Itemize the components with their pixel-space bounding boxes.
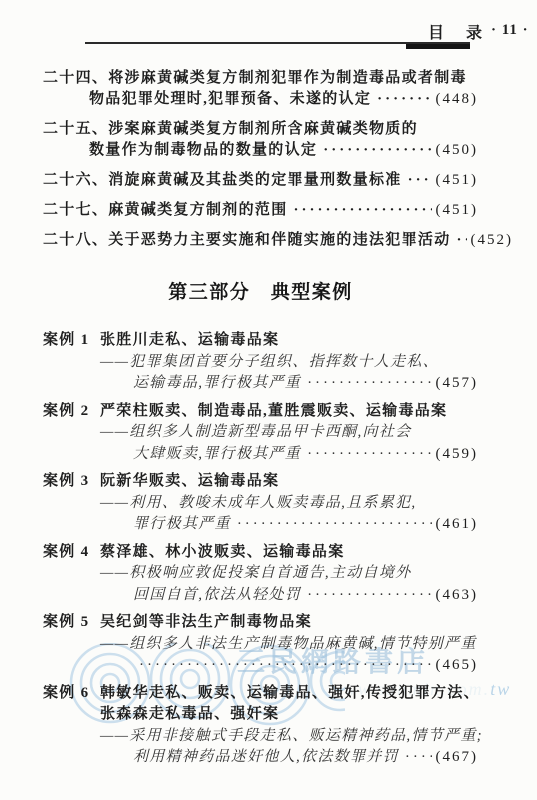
page-number: (467) (436, 747, 479, 769)
toc-item-27: 二十七、麻黄碱类复方制剂的范围 ························… (43, 200, 478, 221)
case-entry-6: 案例 6韩敏华走私、贩卖、运输毒品、强奸,传授犯罪方法、 张森森走私毒品、强奸案… (43, 683, 478, 769)
toc-item-text: 消旋麻黄碱及其盐类的定罪量刑数量标准 (108, 170, 401, 191)
dot-leader: ········································… (307, 444, 431, 466)
header-page-number: · 11 · (491, 22, 529, 39)
toc-item-number: 二十七、 (43, 200, 108, 221)
dot-leader: ········································… (405, 747, 432, 769)
case-title-line: 案例 3阮新华贩卖、运输毒品案 (43, 471, 478, 493)
case-title: 严荣柱贩卖、制造毒品,董胜震贩卖、运输毒品案 (100, 401, 447, 423)
case-desc-line: 利用精神药品迷奸他人,依法数罪并罚 ······················… (133, 747, 478, 769)
case-list: 案例 1张胜川走私、运输毒品案 ——犯罪集团首要分子组织、指挥数十人走私、 运输… (43, 330, 478, 769)
case-title-line: 案例 5吴纪剑等非法生产制毒物品案 (43, 612, 478, 634)
toc-list: 二十四、将涉麻黄碱类复方制剂犯罪作为制造毒品或者制毒 物品犯罪处理时,犯罪预备、… (43, 68, 478, 251)
book-toc-page: 三民網路書店 www.sanmin.com.tw 目 录 · 11 · 二十四、… (0, 0, 537, 800)
case-number: 案例 1 (43, 330, 100, 352)
case-title: 阮新华贩卖、运输毒品案 (100, 471, 279, 493)
case-desc-line: 大肆贩卖,罪行极其严重 ····························… (133, 444, 478, 466)
toc-line: 数量作为制毒物品的数量的认定 ·························… (43, 140, 478, 161)
case-title: 蔡泽雄、林小波贩卖、运输毒品案 (100, 542, 345, 564)
case-entry-1: 案例 1张胜川走私、运输毒品案 ——犯罪集团首要分子组织、指挥数十人走私、 运输… (43, 330, 478, 395)
page-number: (448) (436, 89, 479, 110)
toc-item-text: 物品犯罪处理时,犯罪预备、未遂的认定 (89, 89, 371, 110)
page-number: (457) (436, 373, 479, 395)
header-rule-bold (406, 44, 470, 49)
case-desc-text: 利用精神药品迷奸他人,依法数罪并罚 (133, 747, 399, 769)
case-desc-text: 大肆贩卖,罪行极其严重 (133, 444, 301, 466)
toc-line: 二十七、麻黄碱类复方制剂的范围 ························… (43, 200, 478, 221)
case-title-line: 案例 2严荣柱贩卖、制造毒品,董胜震贩卖、运输毒品案 (43, 401, 478, 423)
case-entry-2: 案例 2严荣柱贩卖、制造毒品,董胜震贩卖、运输毒品案 ——组织多人制造新型毒品甲… (43, 401, 478, 466)
toc-line: 物品犯罪处理时,犯罪预备、未遂的认定 ·····················… (43, 89, 478, 110)
page-number: (450) (436, 140, 479, 161)
case-title: 韩敏华走私、贩卖、运输毒品、强奸,传授犯罪方法、 (100, 683, 480, 705)
dot-leader: ········································… (408, 170, 432, 191)
section-heading: 第三部分 典型案例 (43, 279, 478, 306)
case-entry-4: 案例 4蔡泽雄、林小波贩卖、运输毒品案 ——积极响应敦促投案自首通告,主动自境外… (43, 542, 478, 607)
watermark-url-tail: tw (490, 679, 511, 699)
case-desc-line: ——组织多人非法生产制毒物品麻黄碱,情节特别严重 (100, 634, 478, 656)
case-title-line: 案例 1张胜川走私、运输毒品案 (43, 330, 478, 352)
toc-item-number: 二十五、 (43, 121, 108, 137)
page-number: (463) (436, 585, 479, 607)
page-number: (465) (436, 655, 479, 677)
page-number: (459) (436, 444, 479, 466)
case-desc-line: ——犯罪集团首要分子组织、指挥数十人走私、 (100, 352, 478, 374)
dot-leader: ········································… (139, 655, 432, 677)
case-number: 案例 6 (43, 683, 100, 705)
dot-leader: ········································… (377, 89, 431, 110)
case-title-line: 张森森走私毒品、强奸案 (43, 704, 478, 726)
case-desc-line: 罪行极其严重 ·································… (133, 514, 478, 536)
dot-leader: ········································… (457, 230, 467, 251)
toc-line: 二十八、关于恶势力主要实施和伴随实施的违法犯罪活动 ··············… (43, 230, 478, 251)
toc-item-text: 将涉麻黄碱类复方制剂犯罪作为制造毒品或者制毒 (108, 70, 467, 86)
case-number: 案例 2 (43, 401, 100, 423)
case-title: 张胜川走私、运输毒品案 (100, 330, 279, 352)
toc-item-number: 二十四、 (43, 70, 108, 86)
case-desc-line: ——积极响应敦促投案自首通告,主动自境外 (100, 563, 478, 585)
page-number: (451) (436, 200, 479, 221)
dot-leader: ········································… (307, 373, 431, 395)
dot-leader: ········································… (294, 200, 432, 221)
toc-item-text: 涉案麻黄碱类复方制剂所含麻黄碱类物质的 (108, 121, 418, 137)
case-entry-5: 案例 5吴纪剑等非法生产制毒物品案 ——组织多人非法生产制毒物品麻黄碱,情节特别… (43, 612, 478, 677)
case-desc-line: 回国自首,依法从轻处罚 ····························… (133, 585, 478, 607)
case-title-line: 案例 6韩敏华走私、贩卖、运输毒品、强奸,传授犯罪方法、 (43, 683, 478, 705)
case-desc-line: 运输毒品,罪行极其严重 ····························… (133, 373, 478, 395)
case-entry-3: 案例 3阮新华贩卖、运输毒品案 ——利用、教唆未成年人贩卖毒品,且系累犯, 罪行… (43, 471, 478, 536)
toc-content: 二十四、将涉麻黄碱类复方制剂犯罪作为制造毒品或者制毒 物品犯罪处理时,犯罪预备、… (43, 56, 478, 775)
case-desc-text: 运输毒品,罪行极其严重 (133, 373, 301, 395)
case-desc-text: 罪行极其严重 (133, 514, 231, 536)
toc-item-text: 关于恶势力主要实施和伴随实施的违法犯罪活动 (108, 230, 450, 251)
header-title: 目 录 (428, 20, 485, 43)
dot-leader: ········································… (237, 514, 432, 536)
toc-line: 二十四、将涉麻黄碱类复方制剂犯罪作为制造毒品或者制毒 (43, 68, 478, 89)
toc-item-24: 二十四、将涉麻黄碱类复方制剂犯罪作为制造毒品或者制毒 物品犯罪处理时,犯罪预备、… (43, 68, 478, 110)
case-number: 案例 3 (43, 471, 100, 493)
toc-item-text: 数量作为制毒物品的数量的认定 (89, 140, 317, 161)
dot-leader: ········································… (307, 585, 431, 607)
case-desc-line: ——组织多人制造新型毒品甲卡西酮,向社会 (100, 422, 478, 444)
case-desc-text: 回国自首,依法从轻处罚 (133, 585, 301, 607)
toc-item-number: 二十八、 (43, 230, 108, 251)
case-number: 案例 5 (43, 612, 100, 634)
case-title: 吴纪剑等非法生产制毒物品案 (100, 612, 312, 634)
page-number: (452) (471, 230, 514, 251)
toc-item-28: 二十八、关于恶势力主要实施和伴随实施的违法犯罪活动 ··············… (43, 230, 478, 251)
toc-item-26: 二十六、消旋麻黄碱及其盐类的定罪量刑数量标准 ·················… (43, 170, 478, 191)
case-desc-line: ——利用、教唆未成年人贩卖毒品,且系累犯, (100, 493, 478, 515)
case-number: 案例 4 (43, 542, 100, 564)
case-title-line: 案例 4蔡泽雄、林小波贩卖、运输毒品案 (43, 542, 478, 564)
toc-line: 二十五、涉案麻黄碱类复方制剂所含麻黄碱类物质的 (43, 119, 478, 140)
toc-line: 二十六、消旋麻黄碱及其盐类的定罪量刑数量标准 ·················… (43, 170, 478, 191)
page-number: (461) (436, 514, 479, 536)
toc-item-number: 二十六、 (43, 170, 108, 191)
page-number: (451) (436, 170, 479, 191)
toc-item-25: 二十五、涉案麻黄碱类复方制剂所含麻黄碱类物质的 数量作为制毒物品的数量的认定 ·… (43, 119, 478, 161)
dot-leader: ········································… (323, 140, 431, 161)
toc-item-text: 麻黄碱类复方制剂的范围 (108, 200, 287, 221)
case-desc-line: ········································… (133, 655, 478, 677)
case-title: 张森森走私毒品、强奸案 (100, 704, 279, 726)
case-desc-line: ——采用非接触式手段走私、贩运精神药品,情节严重; (100, 726, 478, 748)
